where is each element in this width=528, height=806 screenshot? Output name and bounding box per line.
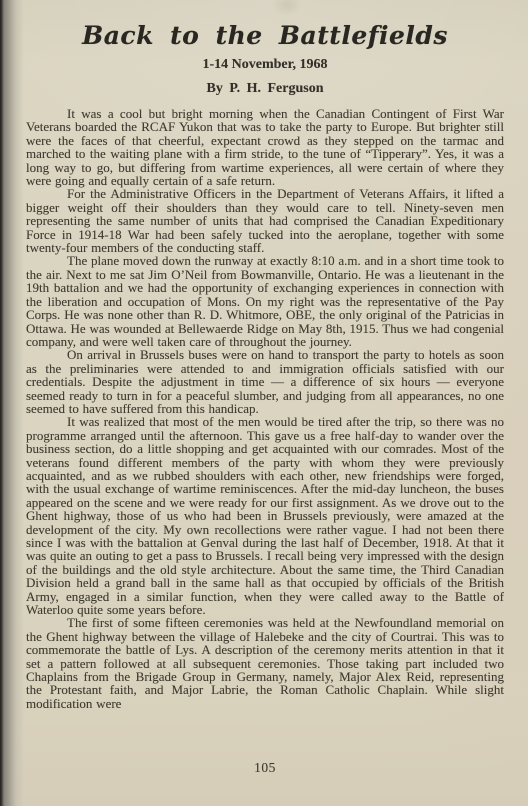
article: Back to the Battlefields 1-14 November, … (26, 0, 504, 710)
article-title: Back to the Battlefields (26, 22, 504, 50)
page-number: 105 (26, 760, 504, 776)
article-paragraph-3: The plane moved down the runway at exact… (26, 254, 504, 348)
article-byline: By P. H. Ferguson (26, 81, 504, 97)
article-paragraph-2: For the Administrative Officers in the D… (26, 187, 504, 254)
article-paragraph-4: On arrival in Brussels buses were on han… (26, 348, 504, 415)
article-paragraph-5: It was realized that most of the men wou… (26, 415, 504, 616)
binding-edge-shadow (0, 0, 24, 806)
scanned-book-page: Back to the Battlefields 1-14 November, … (0, 0, 528, 806)
article-paragraph-1: It was a cool but bright morning when th… (26, 107, 504, 187)
article-date-subtitle: 1-14 November, 1968 (26, 57, 504, 73)
article-body: It was a cool but bright morning when th… (26, 107, 504, 710)
article-paragraph-6: The first of some fifteen ceremonies was… (26, 616, 504, 710)
